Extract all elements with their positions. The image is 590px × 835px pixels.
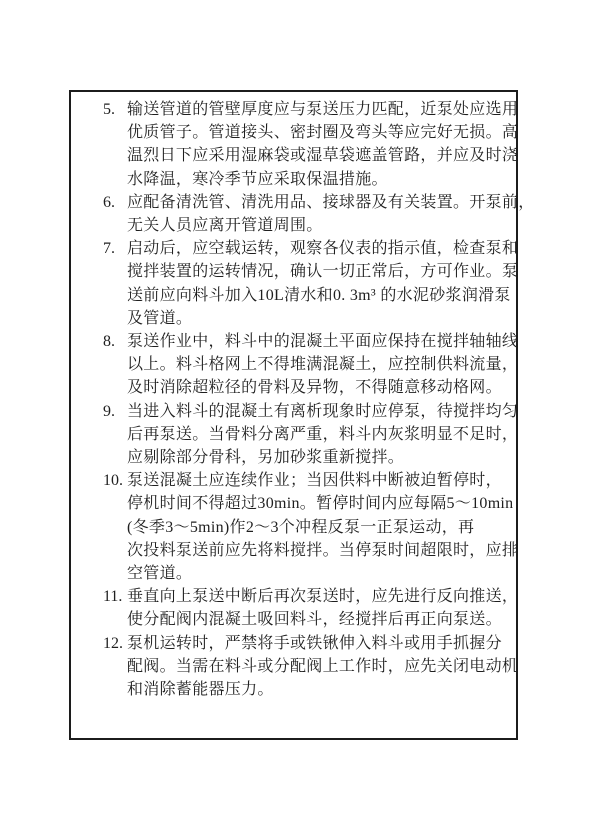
item-line: 温烈日下应采用湿麻袋或湿草袋遮盖管路，并应及时浇: [127, 144, 512, 167]
item-line: 搅拌装置的运转情况，确认一切正常后，方可作业。泵: [127, 260, 512, 283]
item-line: 及管道。: [127, 307, 512, 330]
list-item-5: 5. 输送管道的管壁厚度应与泵送压力匹配，近泵处应选用 优质管子。管道接头、密封…: [71, 98, 512, 191]
item-number: 12.: [103, 632, 123, 655]
item-line: 后再泵送。当骨料分离严重，料斗内灰浆明显不足时，: [127, 423, 512, 446]
item-line: 送前应向料斗加入10L清水和0. 3m³ 的水泥砂浆润滑泵: [127, 284, 512, 307]
item-number: 8.: [103, 330, 115, 353]
list-item-9: 9. 当进入料斗的混凝土有离析现象时应停泵，待搅拌均匀 后再泵送。当骨料分离严重…: [71, 400, 512, 470]
item-line: 应剔除部分骨科，另加砂浆重新搅拌。: [127, 446, 512, 469]
item-line: 输送管道的管壁厚度应与泵送压力匹配，近泵处应选用: [127, 98, 512, 121]
item-number: 5.: [103, 98, 115, 121]
item-line: 空管道。: [127, 562, 512, 585]
item-line: 以上。料斗格网上不得堆满混凝土，应控制供料流量，: [127, 353, 512, 376]
item-line: 启动后，应空载运转，观察各仪表的指示值，检查泵和: [127, 237, 512, 260]
item-line: 应配备清洗管、清洗用品、接球器及有关装置。开泵前，: [127, 191, 512, 214]
item-line: 和消除蓄能器压力。: [127, 678, 512, 701]
item-line: 及时消除超粒径的骨料及异物，不得随意移动格网。: [127, 376, 512, 399]
item-line: 当进入料斗的混凝土有离析现象时应停泵，待搅拌均匀: [127, 400, 512, 423]
item-line: 水降温，寒冷季节应采取保温措施。: [127, 168, 512, 191]
list-item-7: 7. 启动后，应空载运转，观察各仪表的指示值，检查泵和 搅拌装置的运转情况，确认…: [71, 237, 512, 330]
item-line: 停机时间不得超过30min。暂停时间内应每隔5～10min: [127, 492, 512, 515]
list-item-6: 6. 应配备清洗管、清洗用品、接球器及有关装置。开泵前， 无关人员应离开管道周围…: [71, 191, 512, 237]
document-page: 5. 输送管道的管壁厚度应与泵送压力匹配，近泵处应选用 优质管子。管道接头、密封…: [0, 0, 590, 835]
item-line: 次投料泵送前应先将料搅拌。当停泵时间超限时，应排: [127, 539, 512, 562]
list-item-11: 11. 垂直向上泵送中断后再次泵送时，应先进行反向推送， 使分配阀内混凝土吸回料…: [71, 585, 512, 631]
list-item-10: 10. 泵送混凝土应连续作业；当因供料中断被迫暂停时， 停机时间不得超过30mi…: [71, 469, 512, 585]
list-item-12: 12. 泵机运转时，严禁将手或铁锹伸入料斗或用手抓握分 配阀。当需在料斗或分配阀…: [71, 632, 512, 702]
item-line: 配阀。当需在料斗或分配阀上工作时，应先关闭电动机: [127, 655, 512, 678]
item-line: 泵送作业中，料斗中的混凝土平面应保持在搅拌轴轴线: [127, 330, 512, 353]
item-line: 泵送混凝土应连续作业；当因供料中断被迫暂停时，: [127, 469, 512, 492]
list-item-8: 8. 泵送作业中，料斗中的混凝土平面应保持在搅拌轴轴线 以上。料斗格网上不得堆满…: [71, 330, 512, 400]
item-number: 7.: [103, 237, 115, 260]
item-line: 优质管子。管道接头、密封圈及弯头等应完好无损。高: [127, 121, 512, 144]
item-number: 9.: [103, 400, 115, 423]
document-border-box: 5. 输送管道的管壁厚度应与泵送压力匹配，近泵处应选用 优质管子。管道接头、密封…: [69, 90, 518, 740]
item-line: 使分配阀内混凝土吸回料斗，经搅拌后再正向泵送。: [127, 608, 512, 631]
item-number: 11.: [103, 585, 122, 608]
item-number: 6.: [103, 191, 115, 214]
item-line: (冬季3～5min)作2～3个冲程反泵一正泵运动，再: [127, 516, 512, 539]
item-line: 垂直向上泵送中断后再次泵送时，应先进行反向推送，: [127, 585, 512, 608]
item-line: 无关人员应离开管道周围。: [127, 214, 512, 237]
item-number: 10.: [103, 469, 123, 492]
item-line: 泵机运转时，严禁将手或铁锹伸入料斗或用手抓握分: [127, 632, 512, 655]
